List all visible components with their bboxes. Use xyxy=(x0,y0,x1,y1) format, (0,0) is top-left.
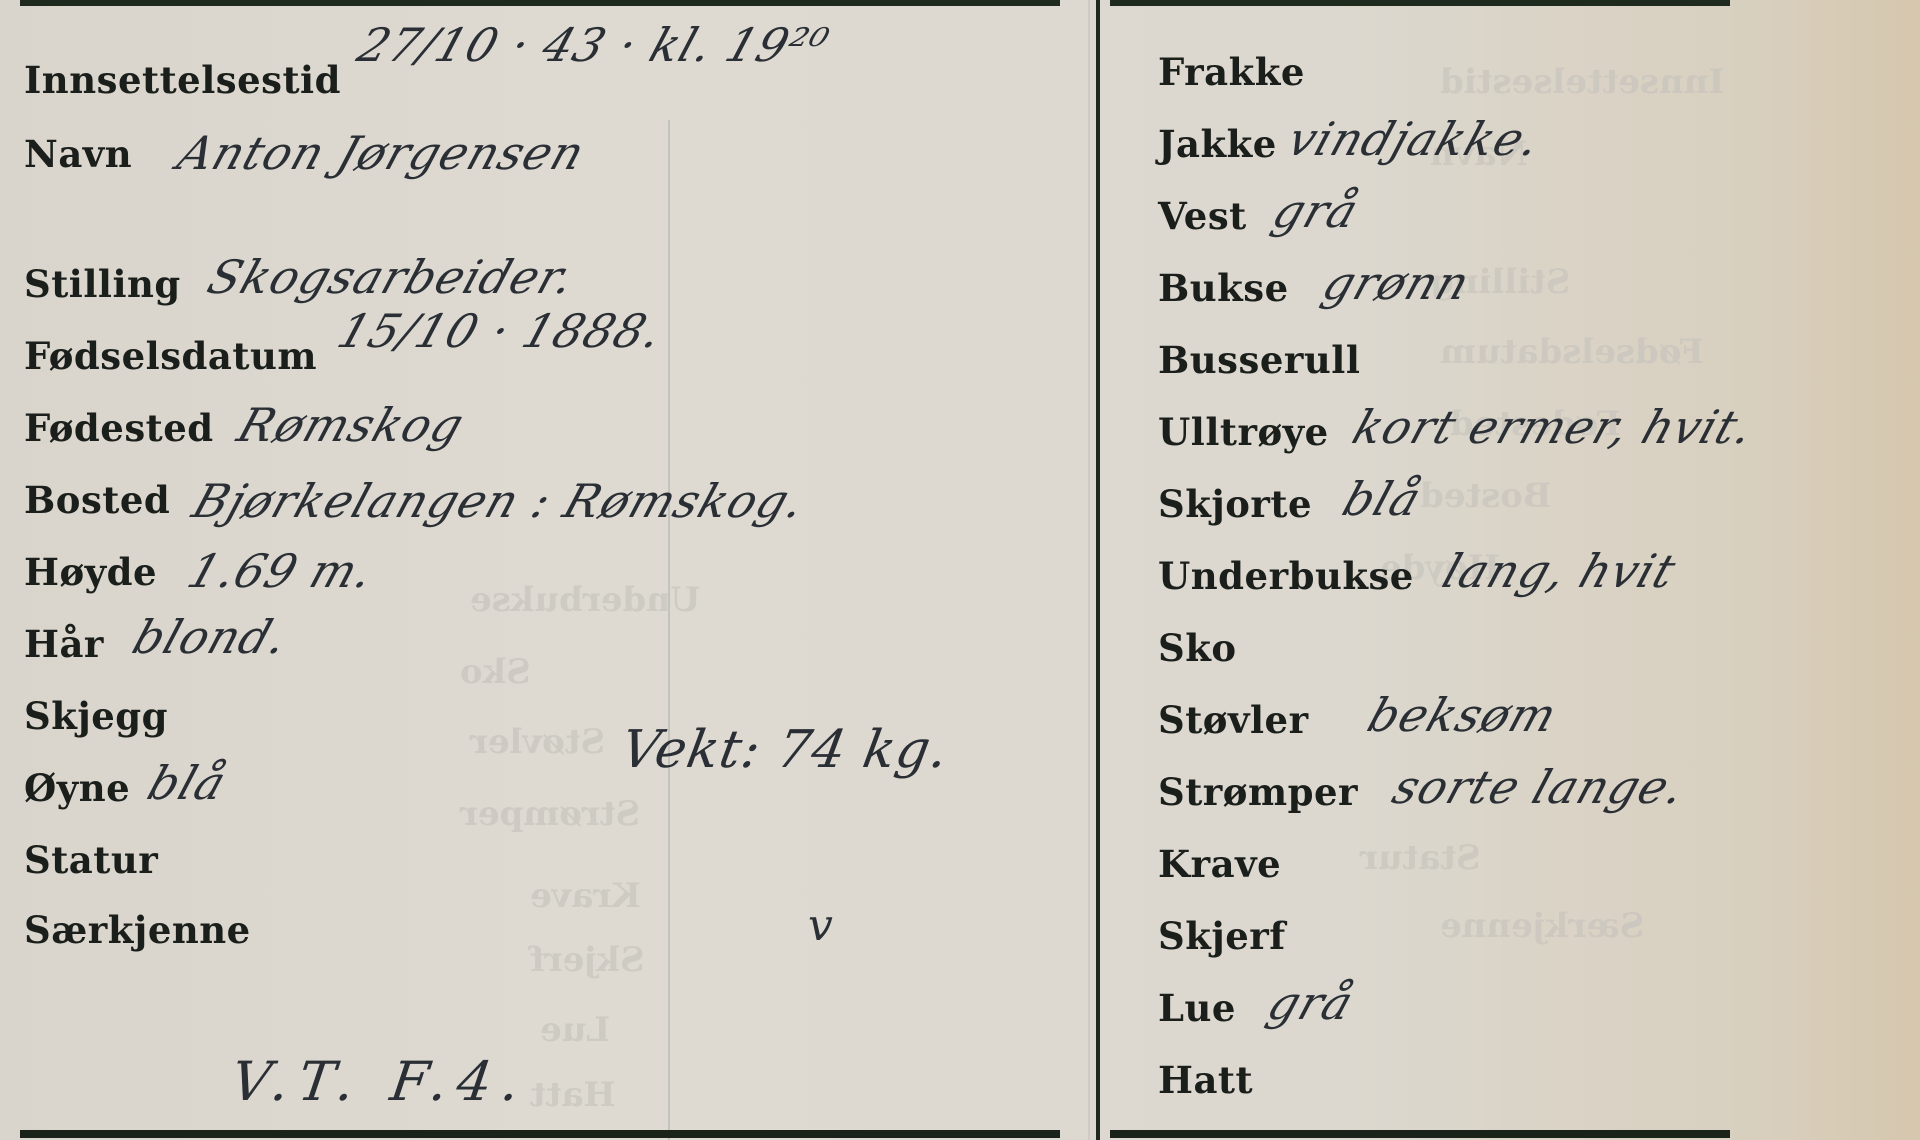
field-label: Hår xyxy=(24,622,104,666)
field-value-handwritten: Skogsarbeider. xyxy=(201,250,582,304)
field-label: Ulltrøye xyxy=(1158,410,1329,454)
field-value-handwritten: lang, hvit xyxy=(1436,544,1683,598)
field-label: Fødselsdatum xyxy=(24,334,317,378)
field-value-handwritten: vindjakke. xyxy=(1281,112,1548,166)
field-value-handwritten: grønn xyxy=(1316,256,1477,310)
bleed-through-text: Underbukse xyxy=(470,580,701,620)
field-label: Støvler xyxy=(1158,698,1309,742)
ghost-divider xyxy=(1088,0,1090,1140)
field-label: Øyne xyxy=(24,766,130,810)
bleed-through-text: Statur xyxy=(1360,838,1481,878)
field-label: Vest xyxy=(1158,194,1247,238)
field-value-handwritten: 1.69 m. xyxy=(181,544,381,598)
field-label: Lue xyxy=(1158,986,1236,1030)
field-value-handwritten: Bjørkelangen : Rømskog. xyxy=(186,474,812,528)
field-value-handwritten: blå xyxy=(141,756,233,810)
field-value-handwritten: kort ermer, hvit. xyxy=(1346,400,1761,454)
field-label: Hatt xyxy=(1158,1058,1253,1102)
field-label: Statur xyxy=(24,838,158,882)
field-value-handwritten: sorte lange. xyxy=(1386,760,1692,814)
center-divider xyxy=(1096,0,1100,1140)
bleed-through-text: Hatt xyxy=(530,1075,616,1115)
field-label: Fødested xyxy=(24,406,214,450)
bleed-through-text: Skjerf xyxy=(530,940,645,980)
bleed-through-text: Særkjenne xyxy=(1440,906,1644,946)
bleed-through-text: Støvler xyxy=(470,722,605,762)
field-value-handwritten: grå xyxy=(1261,976,1360,1030)
field-label: Krave xyxy=(1158,842,1281,886)
field-value-handwritten: beksøm xyxy=(1361,688,1564,742)
bleed-through-text: Krave xyxy=(530,876,641,916)
code-annotation: V.T. F.4. xyxy=(228,1050,534,1113)
field-label: Innsettelsestid xyxy=(24,58,341,102)
field-label: Busserull xyxy=(1158,338,1360,382)
bleed-through-text: Lue xyxy=(540,1010,610,1050)
field-label: Underbukse xyxy=(1158,554,1414,598)
bleed-through-text: Sko xyxy=(460,652,531,692)
field-label: Strømper xyxy=(1158,770,1358,814)
field-value-handwritten: blond. xyxy=(126,610,295,664)
field-label: Skjorte xyxy=(1158,482,1312,526)
field-label: Særkjenne xyxy=(24,908,251,952)
faint-column-line xyxy=(668,120,670,1140)
field-label: Stilling xyxy=(24,262,181,306)
field-value-handwritten: Anton Jørgensen xyxy=(171,126,592,180)
field-label: Frakke xyxy=(1158,50,1305,94)
field-label: Bukse xyxy=(1158,266,1289,310)
top-rule-right xyxy=(1110,0,1730,6)
bleed-through-text: Bosted xyxy=(1420,476,1552,516)
field-value-handwritten: 15/10 · 1888. xyxy=(331,304,670,358)
weight-annotation: Vekt: 74 kg. xyxy=(617,720,954,780)
bleed-through-text: Strømper xyxy=(460,794,640,834)
field-label: Skjegg xyxy=(24,694,168,738)
field-label: Sko xyxy=(1158,626,1237,670)
check-mark-annotation: v xyxy=(808,900,834,951)
field-value-handwritten: 27/10 · 43 · kl. 19²⁰ xyxy=(351,18,836,72)
top-rule xyxy=(20,0,1060,6)
bottom-rule-right xyxy=(1110,1130,1730,1138)
field-label: Jakke xyxy=(1158,122,1277,166)
field-label: Skjerf xyxy=(1158,914,1286,958)
field-label: Navn xyxy=(24,132,132,176)
field-value-handwritten: Rømskog xyxy=(231,398,471,452)
field-label: Høyde xyxy=(24,550,157,594)
field-value-handwritten: grå xyxy=(1266,184,1365,238)
bleed-through-text: Innsettelsestid xyxy=(1440,62,1724,102)
bottom-rule xyxy=(20,1130,1060,1138)
field-value-handwritten: blå xyxy=(1336,472,1428,526)
field-label: Bosted xyxy=(24,478,170,522)
bleed-through-text: Fødselsdatum xyxy=(1440,332,1704,372)
